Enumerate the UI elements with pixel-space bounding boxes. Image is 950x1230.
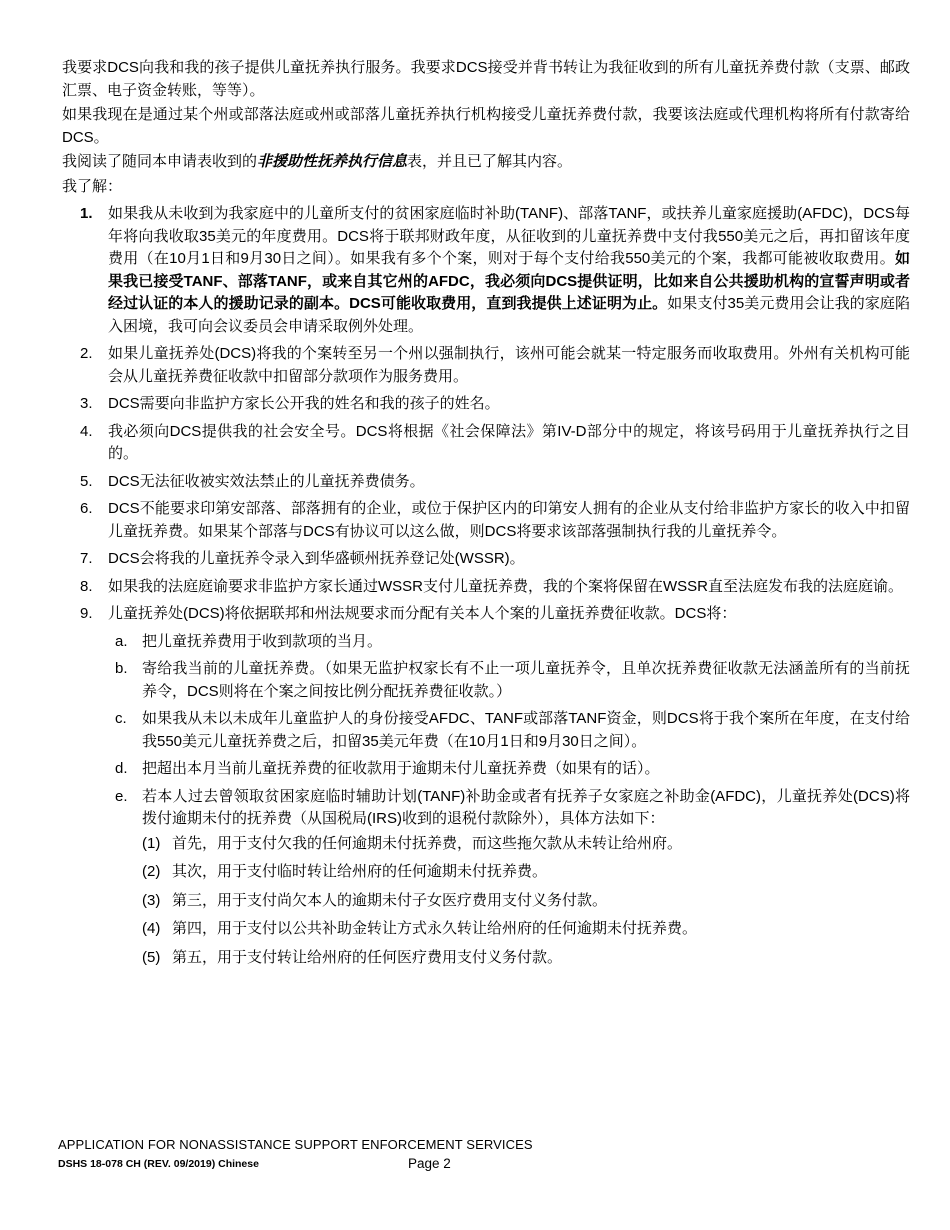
item-9-marker: 9. bbox=[62, 603, 108, 980]
read-statement-emphasis: 非援助性抚养执行信息 bbox=[257, 153, 407, 170]
footer-form-number: DSHS 18-078 CH (REV. 09/2019) Chinese bbox=[58, 1158, 259, 1170]
item-2-text: 如果儿童抚养处(DCS)将我的个案转至另一个州以强制执行，该州可能会就某一特定服… bbox=[108, 343, 910, 388]
item-9-body: 儿童抚养处(DCS)将依据联邦和州法规要求而分配有关本人个案的儿童抚养费征收款。… bbox=[108, 603, 910, 980]
subitem-b-marker: b. bbox=[108, 658, 142, 703]
item-8-text: 如果我的法庭庭谕要求非监护方家长通过WSSR支付儿童抚养费，我的个案将保留在WS… bbox=[108, 576, 910, 599]
list-item-5: 5. DCS无法征收被实效法禁止的儿童抚养费债务。 bbox=[62, 471, 910, 494]
subitem-e-marker: e. bbox=[108, 786, 142, 976]
item-7-text: DCS会将我的儿童抚养令录入到华盛顿州抚养登记处(WSSR)。 bbox=[108, 548, 910, 571]
item-7-marker: 7. bbox=[62, 548, 108, 571]
list-item-2: 2. 如果儿童抚养处(DCS)将我的个案转至另一个州以强制执行，该州可能会就某一… bbox=[62, 343, 910, 388]
item-1-text: 如果我从未收到为我家庭中的儿童所支付的贫困家庭临时补助(TANF)、部落TANF… bbox=[108, 203, 910, 338]
read-statement-suffix: 表，并且已了解其内容。 bbox=[407, 153, 572, 170]
point-5-text: 第五，用于支付转让给州府的任何医疗费用支付义务付款。 bbox=[172, 947, 910, 970]
item-1-marker: 1. bbox=[62, 203, 108, 338]
item-3-text: DCS需要向非监护方家长公开我的姓名和我的孩子的姓名。 bbox=[108, 393, 910, 416]
subitem-b: b. 寄给我当前的儿童抚养费。（如果无监护权家长有不止一项儿童抚养令，且单次抚养… bbox=[108, 658, 910, 703]
footer-row: DSHS 18-078 CH (REV. 09/2019) Chinese Pa… bbox=[58, 1156, 910, 1172]
point-2: (2) 其次，用于支付临时转让给州府的任何逾期未付抚养费。 bbox=[142, 861, 910, 884]
subitem-b-text: 寄给我当前的儿童抚养费。（如果无监护权家长有不止一项儿童抚养令，且单次抚养费征收… bbox=[142, 658, 910, 703]
subitem-d: d. 把超出本月当前儿童抚养费的征收款用于逾期未付儿童抚养费（如果有的话）。 bbox=[108, 758, 910, 781]
item-3-marker: 3. bbox=[62, 393, 108, 416]
intro-paragraph-1: 我要求DCS向我和我的孩子提供儿童抚养执行服务。我要求DCS接受并背书转让为我征… bbox=[62, 57, 910, 102]
point-4: (4) 第四，用于支付以公共补助金转让方式永久转让给州府的任何逾期未付抚养费。 bbox=[142, 918, 910, 941]
subitem-e-text: 若本人过去曾领取贫困家庭临时辅助计划(TANF)补助金或者有抚养子女家庭之补助金… bbox=[142, 788, 910, 828]
point-3-text: 第三，用于支付尚欠本人的逾期未付子女医疗费用支付义务付款。 bbox=[172, 890, 910, 913]
numbered-list: 1. 如果我从未收到为我家庭中的儿童所支付的贫困家庭临时补助(TANF)、部落T… bbox=[62, 203, 910, 980]
item-4-marker: 4. bbox=[62, 421, 108, 466]
item-6-marker: 6. bbox=[62, 498, 108, 543]
point-1-marker: (1) bbox=[142, 833, 172, 856]
subitem-a-marker: a. bbox=[108, 631, 142, 654]
understand-label: 我了解： bbox=[62, 176, 910, 199]
point-1: (1) 首先，用于支付欠我的任何逾期未付抚养费，而这些拖欠款从未转让给州府。 bbox=[142, 833, 910, 856]
document-page: 我要求DCS向我和我的孩子提供儿童抚养执行服务。我要求DCS接受并背书转让为我征… bbox=[0, 0, 950, 1230]
item-5-marker: 5. bbox=[62, 471, 108, 494]
point-2-marker: (2) bbox=[142, 861, 172, 884]
read-statement-prefix: 我阅读了随同本申请表收到的 bbox=[62, 153, 257, 170]
item-2-marker: 2. bbox=[62, 343, 108, 388]
subitem-c-marker: c. bbox=[108, 708, 142, 753]
item-5-text: DCS无法征收被实效法禁止的儿童抚养费债务。 bbox=[108, 471, 910, 494]
point-5-marker: (5) bbox=[142, 947, 172, 970]
list-item-1: 1. 如果我从未收到为我家庭中的儿童所支付的贫困家庭临时补助(TANF)、部落T… bbox=[62, 203, 910, 338]
document-body: 我要求DCS向我和我的孩子提供儿童抚养执行服务。我要求DCS接受并背书转让为我征… bbox=[62, 57, 910, 985]
list-item-3: 3. DCS需要向非监护方家长公开我的姓名和我的孩子的姓名。 bbox=[62, 393, 910, 416]
read-statement: 我阅读了随同本申请表收到的非援助性抚养执行信息表，并且已了解其内容。 bbox=[62, 151, 910, 174]
page-footer: APPLICATION FOR NONASSISTANCE SUPPORT EN… bbox=[58, 1137, 910, 1172]
footer-title: APPLICATION FOR NONASSISTANCE SUPPORT EN… bbox=[58, 1137, 910, 1152]
point-3: (3) 第三，用于支付尚欠本人的逾期未付子女医疗费用支付义务付款。 bbox=[142, 890, 910, 913]
point-3-marker: (3) bbox=[142, 890, 172, 913]
point-1-text: 首先，用于支付欠我的任何逾期未付抚养费，而这些拖欠款从未转让给州府。 bbox=[172, 833, 910, 856]
list-item-4: 4. 我必须向DCS提供我的社会安全号。DCS将根据《社会保障法》第IV-D部分… bbox=[62, 421, 910, 466]
subitem-d-text: 把超出本月当前儿童抚养费的征收款用于逾期未付儿童抚养费（如果有的话）。 bbox=[142, 758, 910, 781]
item-6-text: DCS不能要求印第安部落、部落拥有的企业，或位于保护区内的印第安人拥有的企业从支… bbox=[108, 498, 910, 543]
subitem-e: e. 若本人过去曾领取贫困家庭临时辅助计划(TANF)补助金或者有抚养子女家庭之… bbox=[108, 786, 910, 976]
point-4-text: 第四，用于支付以公共补助金转让方式永久转让给州府的任何逾期未付抚养费。 bbox=[172, 918, 910, 941]
list-item-7: 7. DCS会将我的儿童抚养令录入到华盛顿州抚养登记处(WSSR)。 bbox=[62, 548, 910, 571]
footer-page-number: Page 2 bbox=[408, 1156, 451, 1171]
point-2-text: 其次，用于支付临时转让给州府的任何逾期未付抚养费。 bbox=[172, 861, 910, 884]
item-8-marker: 8. bbox=[62, 576, 108, 599]
list-item-9: 9. 儿童抚养处(DCS)将依据联邦和州法规要求而分配有关本人个案的儿童抚养费征… bbox=[62, 603, 910, 980]
lettered-sublist: a. 把儿童抚养费用于收到款项的当月。 b. 寄给我当前的儿童抚养费。（如果无监… bbox=[108, 631, 910, 976]
list-item-8: 8. 如果我的法庭庭谕要求非监护方家长通过WSSR支付儿童抚养费，我的个案将保留… bbox=[62, 576, 910, 599]
subitem-a: a. 把儿童抚养费用于收到款项的当月。 bbox=[108, 631, 910, 654]
item-9-text: 儿童抚养处(DCS)将依据联邦和州法规要求而分配有关本人个案的儿童抚养费征收款。… bbox=[108, 605, 736, 622]
subitem-c: c. 如果我从未以未成年儿童监护人的身份接受AFDC、TANF或部落TANF资金… bbox=[108, 708, 910, 753]
point-4-marker: (4) bbox=[142, 918, 172, 941]
subitem-a-text: 把儿童抚养费用于收到款项的当月。 bbox=[142, 631, 910, 654]
intro-paragraph-2: 如果我现在是通过某个州或部落法庭或州或部落儿童抚养执行机构接受儿童抚养费付款，我… bbox=[62, 104, 910, 149]
subitem-c-text: 如果我从未以未成年儿童监护人的身份接受AFDC、TANF或部落TANF资金，则D… bbox=[142, 708, 910, 753]
point-5: (5) 第五，用于支付转让给州府的任何医疗费用支付义务付款。 bbox=[142, 947, 910, 970]
item-1-text-pre: 如果我从未收到为我家庭中的儿童所支付的贫困家庭临时补助(TANF)、部落TANF… bbox=[108, 205, 910, 267]
list-item-6: 6. DCS不能要求印第安部落、部落拥有的企业，或位于保护区内的印第安人拥有的企… bbox=[62, 498, 910, 543]
item-4-text: 我必须向DCS提供我的社会安全号。DCS将根据《社会保障法》第IV-D部分中的规… bbox=[108, 421, 910, 466]
subitem-e-body: 若本人过去曾领取贫困家庭临时辅助计划(TANF)补助金或者有抚养子女家庭之补助金… bbox=[142, 786, 910, 976]
subitem-d-marker: d. bbox=[108, 758, 142, 781]
numbered-point-list: (1) 首先，用于支付欠我的任何逾期未付抚养费，而这些拖欠款从未转让给州府。 (… bbox=[142, 833, 910, 970]
